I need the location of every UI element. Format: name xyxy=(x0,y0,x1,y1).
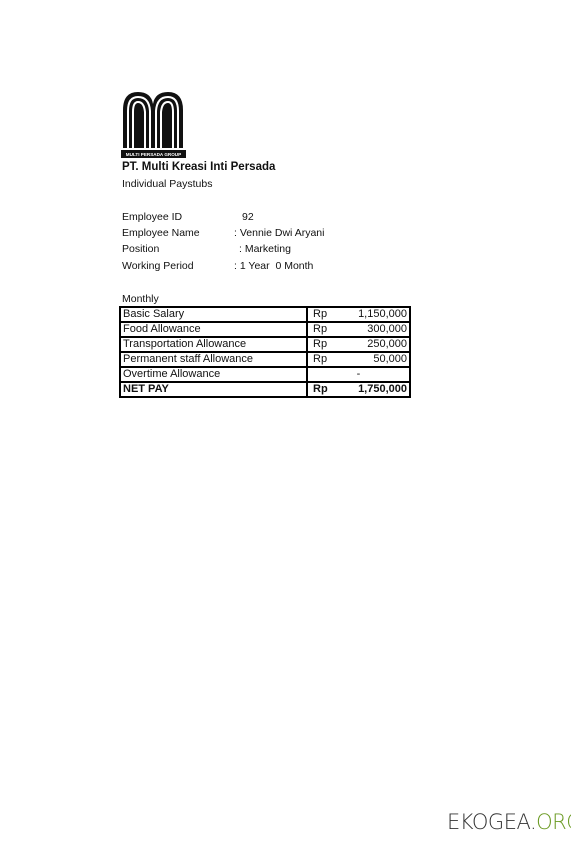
position-value: : Marketing xyxy=(239,243,291,255)
table-row: Transportation AllowanceRp250,000 xyxy=(120,337,410,352)
row-description: Food Allowance xyxy=(120,322,307,337)
row-description: Basic Salary xyxy=(120,307,307,322)
row-description: NET PAY xyxy=(120,382,307,397)
watermark: EKOGEA.ORG xyxy=(447,810,571,834)
monthly-label: Monthly xyxy=(122,293,159,305)
logo-caption: MULTI PERSADA GROUP xyxy=(126,152,181,157)
net-pay-row: NET PAYRp1,750,000 xyxy=(120,382,410,397)
employee-name-label: Employee Name xyxy=(122,227,200,239)
row-currency: Rp xyxy=(307,337,345,352)
working-period-value: : 1 Year 0 Month xyxy=(234,260,313,272)
row-amount: 250,000 xyxy=(345,337,410,352)
row-description: Overtime Allowance xyxy=(120,367,307,382)
row-currency: Rp xyxy=(307,322,345,337)
document-subtitle: Individual Paystubs xyxy=(122,178,212,190)
position-label: Position xyxy=(122,243,159,255)
employee-name-value: : Vennie Dwi Aryani xyxy=(234,227,324,239)
watermark-part1: EKOGEA. xyxy=(447,810,536,834)
table-row: Overtime Allowance- xyxy=(120,367,410,382)
row-amount: 1,750,000 xyxy=(345,382,410,397)
row-amount: 300,000 xyxy=(345,322,410,337)
employee-id-value: 92 xyxy=(242,211,254,223)
table-row: Basic SalaryRp1,150,000 xyxy=(120,307,410,322)
employee-id-label: Employee ID xyxy=(122,211,182,223)
row-amount: 1,150,000 xyxy=(345,307,410,322)
row-description: Transportation Allowance xyxy=(120,337,307,352)
row-amount: - xyxy=(307,367,410,382)
table-row: Food AllowanceRp300,000 xyxy=(120,322,410,337)
table-row: Permanent staff AllowanceRp50,000 xyxy=(120,352,410,367)
pay-table: Basic SalaryRp1,150,000Food AllowanceRp3… xyxy=(119,306,411,398)
working-period-label: Working Period xyxy=(122,260,194,272)
row-currency: Rp xyxy=(307,307,345,322)
company-name: PT. Multi Kreasi Inti Persada xyxy=(122,161,275,173)
row-amount: 50,000 xyxy=(345,352,410,367)
row-currency: Rp xyxy=(307,382,345,397)
watermark-part2: ORG xyxy=(536,810,571,834)
company-logo: MULTI PERSADA GROUP xyxy=(121,90,186,158)
row-currency: Rp xyxy=(307,352,345,367)
row-description: Permanent staff Allowance xyxy=(120,352,307,367)
